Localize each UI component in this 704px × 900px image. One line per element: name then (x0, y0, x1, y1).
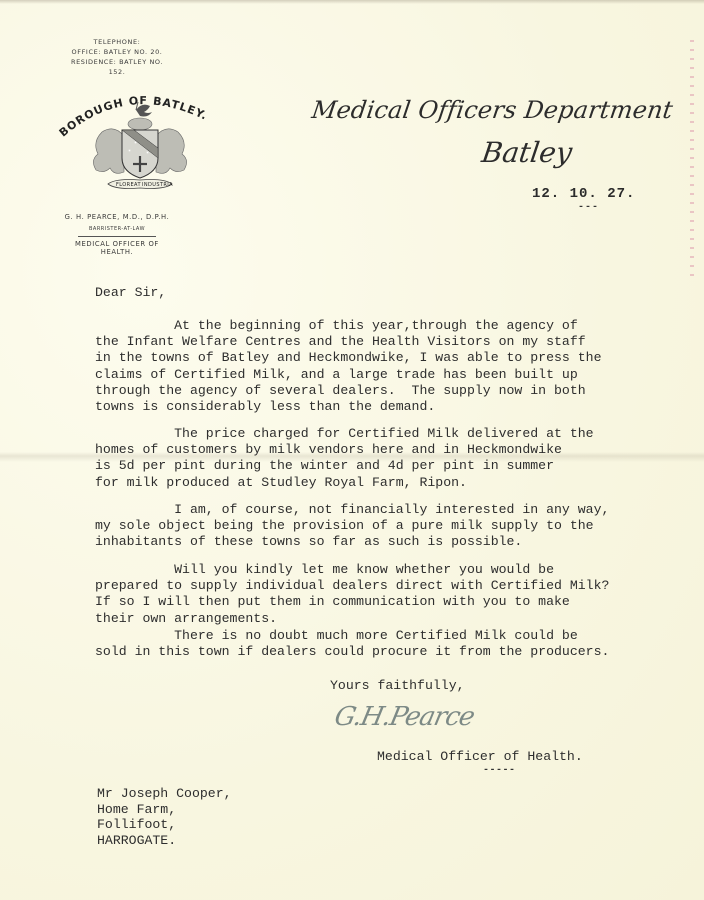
signatory-underline: ----- (483, 765, 516, 776)
town-heading: Batley (480, 136, 575, 169)
letter-date: 12. 10. 27. (532, 186, 635, 202)
paragraph-5: There is no doubt much more Certified Mi… (95, 628, 675, 660)
svg-text:FLOREAT: FLOREAT (116, 182, 141, 188)
svg-text:✶: ✶ (146, 150, 149, 156)
svg-text:INDUSTRIA: INDUSTRIA (142, 182, 173, 188)
svg-text:✶: ✶ (128, 148, 131, 154)
motto-scroll: FLOREAT INDUSTRIA (108, 180, 173, 189)
letterhead-divider (78, 236, 156, 237)
telephone-residence: RESIDENCE: BATLEY NO. 152. (62, 57, 172, 77)
margin-bleed-marks (690, 40, 694, 280)
date-underline: --- (578, 202, 599, 213)
salutation: Dear Sir, (95, 285, 675, 301)
telephone-label: TELEPHONE: (62, 37, 172, 47)
borough-crest: BOROUGH OF BATLEY. ✶ ✶ ✶ FLO (50, 80, 230, 200)
signature: G.H.Pearce (332, 702, 477, 732)
shield-icon: ✶ ✶ ✶ (122, 130, 158, 178)
recipient-address: Mr Joseph Cooper, Home Farm, Follifoot, … (97, 786, 232, 848)
svg-text:✶: ✶ (134, 140, 137, 146)
paragraph-3: I am, of course, not financially interes… (95, 502, 675, 551)
telephone-office: OFFICE: BATLEY NO. 20. (62, 47, 172, 57)
officer-title: MEDICAL OFFICER OF HEALTH. (62, 240, 172, 256)
paragraph-4: Will you kindly let me know whether you … (95, 562, 675, 627)
paragraph-2: The price charged for Certified Milk del… (95, 426, 675, 491)
paragraph-1: At the beginning of this year,through th… (95, 318, 675, 415)
closing: Yours faithfully, (330, 678, 465, 693)
signatory-title: Medical Officer of Health. (377, 749, 583, 764)
department-heading: Medical Officers Department (310, 96, 675, 124)
officer-qualification: BARRISTER-AT-LAW (62, 226, 172, 232)
officer-name: G. H. PEARCE, M.D., D.P.H. (62, 213, 172, 221)
